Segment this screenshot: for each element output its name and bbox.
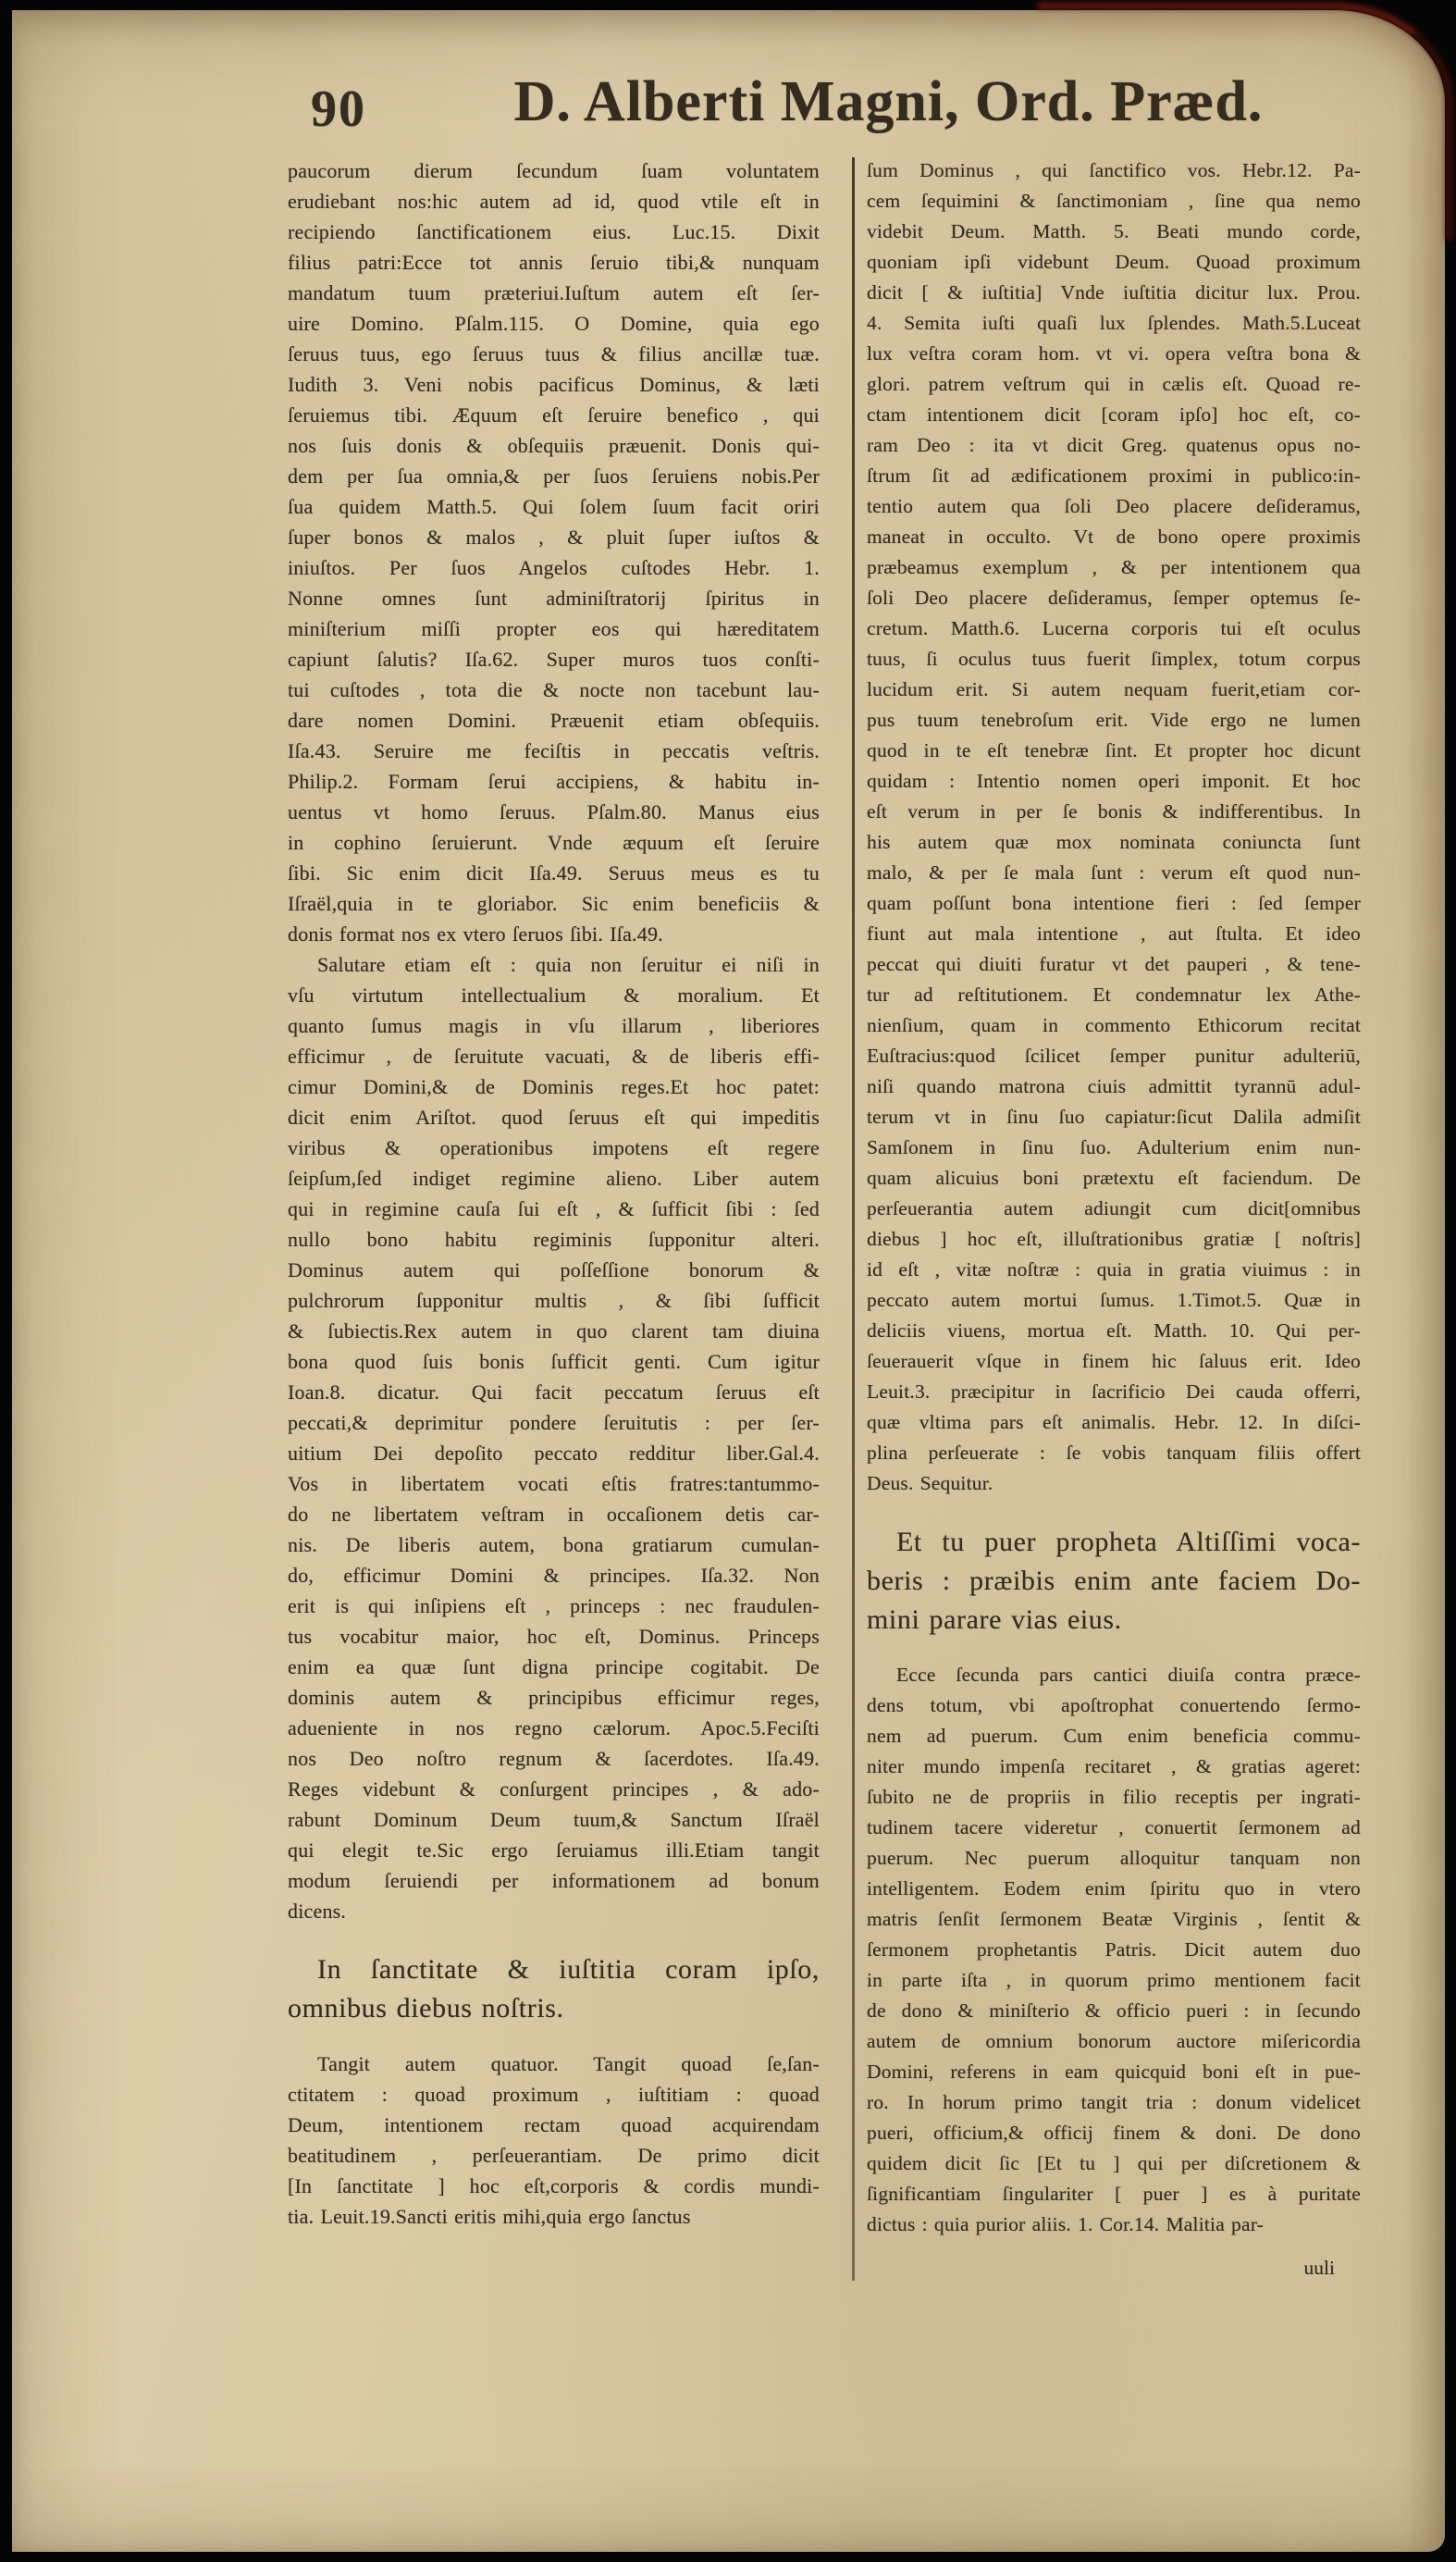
text-line: vſu virtutum intellectualium & moralium.…: [288, 980, 820, 1010]
text-line: omnibus diebus noſtris.: [288, 1989, 820, 2028]
text-line: mandatum tuum præteriui.Iuſtum autem eſt…: [288, 278, 820, 308]
text-line: matris ſenſit ſermonem Beatæ Virginis , …: [867, 1904, 1361, 1935]
text-line: ſubito ne de propriis in filio receptis …: [867, 1782, 1361, 1813]
text-line: Tangit autem quatuor. Tangit quoad ſe,ſa…: [288, 2048, 820, 2079]
text-line: fiunt aut mala intentione , aut ſtulta. …: [867, 919, 1361, 949]
text-line: nos Deo noſtro regnum & ſacerdotes. Iſa.…: [288, 1743, 820, 1774]
text-line: diebus ] hoc eſt, illuſtrationibus grati…: [867, 1224, 1361, 1255]
text-line: dens totum, vbi apoſtrophat conuertendo …: [867, 1690, 1361, 1721]
text-line: ſignificantiam ſingulariter [ puer ] es …: [867, 2179, 1361, 2209]
text-line: quanto ſumus magis in vſu illarum , libe…: [288, 1010, 820, 1041]
text-line: quidam : Intentio nomen operi imponit. E…: [867, 766, 1361, 797]
text-line: pueri, officium,& officij finem & doni. …: [867, 2118, 1361, 2148]
text-line: ctam intentionem dicit [coram ipſo] hoc …: [867, 400, 1361, 430]
text-line: glori. patrem veſtrum qui in cælis eſt. …: [867, 369, 1361, 400]
text-line: nem ad puerum. Cum enim beneficia commu-: [867, 1721, 1361, 1751]
text-line: de dono & miniſterio & officio pueri : i…: [867, 1996, 1361, 2026]
text-line: Iſraël,quia in te gloriabor. Sic enim be…: [288, 888, 820, 919]
text-line: erit is qui inſipiens eſt , princeps : n…: [288, 1590, 820, 1621]
text-line: do, efficimur Domini & principes. Iſa.32…: [288, 1560, 820, 1590]
text-line: nullo bono habitu regiminis ſupponitur a…: [288, 1224, 820, 1255]
text-line: quidem dicit ſic [Et tu ] qui per diſcre…: [867, 2148, 1361, 2179]
text-line: adueniente in nos regno cælorum. Apoc.5.…: [288, 1713, 820, 1743]
text-line: cimur Domini,& de Dominis reges.Et hoc p…: [288, 1071, 820, 1102]
text-line: pulchrorum ſupponitur multis , & ſibi ſu…: [288, 1285, 820, 1316]
text-line: viribus & operationibus impotens eſt reg…: [288, 1132, 820, 1163]
text-line: peccato autem mortui ſumus. 1.Timot.5. Q…: [867, 1285, 1361, 1316]
text-line: In ſanctitate & iuſtitia coram ipſo,: [288, 1950, 820, 1989]
text-line: mini parare vias eius.: [867, 1601, 1361, 1640]
text-line: ſeruiemus tibi. Æquum eſt ſeruire benefi…: [288, 400, 820, 430]
text-line: Ecce ſecunda pars cantici diuiſa contra …: [867, 1660, 1361, 1690]
text-line: terum vt in ſinu ſuo capiatur:ſicut Dali…: [867, 1102, 1361, 1132]
text-line: nienſium, quam in commento Ethicorum rec…: [867, 1010, 1361, 1041]
text-line: quæ vltima pars eſt animalis. Hebr. 12. …: [867, 1407, 1361, 1438]
text-line: tentio autem qua ſoli Deo placere deſide…: [867, 491, 1361, 522]
text-line: Iſa.43. Seruire me feciſtis in peccatis …: [288, 736, 820, 766]
right-column: ſum Dominus , qui ſanctifico vos. Hebr.1…: [867, 155, 1361, 2284]
text-line: Deus. Sequitur.: [867, 1468, 1361, 1499]
text-line: uire Domino. Pſalm.115. O Domine, quia e…: [288, 308, 820, 339]
text-line: ſuper bonos & malos , & pluit ſuper iuſt…: [288, 522, 820, 552]
text-line: ſua quidem Matth.5. Qui ſolem ſuum facit…: [288, 491, 820, 522]
text-line: eſt verum in per ſe bonis & indifferenti…: [867, 797, 1361, 827]
text-line: malo, & per ſe mala ſunt : verum eſt quo…: [867, 858, 1361, 888]
text-line: peccati,& deprimitur pondere ſeruitutis …: [288, 1407, 820, 1438]
text-line: videbit Deum. Matth. 5. Beati mundo cord…: [867, 217, 1361, 247]
text-line: tur ad reſtitutionem. Et condemnatur lex…: [867, 980, 1361, 1010]
text-line: ram Deo : ita vt dicit Greg. quatenus op…: [867, 430, 1361, 461]
text-line: autem de omnium bonorum auctore miſerico…: [867, 2026, 1361, 2057]
section-heading: In ſanctitate & iuſtitia coram ipſo,omni…: [288, 1950, 820, 2028]
text-line: niter mundo impenſa recitaret , & gratia…: [867, 1751, 1361, 1782]
text-line: rabunt Dominum Deum tuum,& Sanctum Iſraë…: [288, 1804, 820, 1835]
text-line: Nonne omnes ſunt adminiſtratorij ſpiritu…: [288, 583, 820, 613]
text-line: qui in regimine cauſa ſui eſt , & ſuffic…: [288, 1194, 820, 1224]
text-line: enim ea quæ ſunt digna principe cogitabi…: [288, 1652, 820, 1682]
text-line: quam poſſunt bona intentione fieri : ſed…: [867, 888, 1361, 919]
text-line: Iudith 3. Veni nobis pacificus Dominus, …: [288, 369, 820, 400]
text-line: ſum Dominus , qui ſanctifico vos. Hebr.1…: [867, 155, 1361, 186]
running-title: D. Alberti Magni, Ord. Præd.: [294, 54, 1363, 150]
text-line: Reges videbunt & conſurgent principes , …: [288, 1774, 820, 1804]
text-line: ſermonem prophetantis Patris. Dicit aute…: [867, 1935, 1361, 1965]
text-line: tudinem tacere videretur , conuertit ſer…: [867, 1813, 1361, 1843]
paragraph: paucorum dierum ſecundum ſuam voluntatem…: [288, 155, 820, 949]
paragraph: ſum Dominus , qui ſanctifico vos. Hebr.1…: [867, 155, 1361, 1499]
text-line: Domini, referens in eam quicquid boni eſ…: [867, 2057, 1361, 2087]
page-header: 90 D. Alberti Magni, Ord. Præd.: [294, 54, 1363, 155]
text-line: recipiendo ſanctificationem eius. Luc.15…: [288, 217, 820, 247]
text-line: ſeuerauerit vſque in finem hic ſaluus er…: [867, 1346, 1361, 1377]
text-line: niſi quando matrona ciuis admittit tyran…: [867, 1071, 1361, 1102]
text-line: puerum. Nec puerum alloquitur tanquam no…: [867, 1843, 1361, 1874]
text-line: id eſt , vitæ noſtræ : quia in gratia vi…: [867, 1255, 1361, 1285]
text-line: Salutare etiam eſt : quia non ſeruitur e…: [288, 949, 820, 980]
paragraph: Tangit autem quatuor. Tangit quoad ſe,ſa…: [288, 2048, 820, 2232]
text-line: deliciis viuens, mortua eſt. Matth. 10. …: [867, 1316, 1361, 1346]
text-line: uitium Dei depoſito peccato redditur lib…: [288, 1438, 820, 1468]
text-line: dicens.: [288, 1896, 820, 1926]
text-line: Deum, intentionem rectam quoad acquirend…: [288, 2110, 820, 2140]
text-line: tia. Leuit.19.Sancti eritis mihi,quia er…: [288, 2201, 820, 2232]
text-line: ro. In horum primo tangit tria : donum v…: [867, 2087, 1361, 2118]
text-line: miniſterium miſſi propter eos qui hæredi…: [288, 613, 820, 644]
text-line: in parte iſta , in quorum primo mentione…: [867, 1965, 1361, 1996]
left-column: paucorum dierum ſecundum ſuam voluntatem…: [288, 155, 820, 2232]
text-line: efficimur , de ſeruitute vacuati, & de l…: [288, 1041, 820, 1071]
paragraph: Salutare etiam eſt : quia non ſeruitur e…: [288, 949, 820, 1926]
text-line: Philip.2. Formam ſerui accipiens, & habi…: [288, 766, 820, 797]
text-line: dicit [ & iuſtitia] Vnde iuſtitia dicitu…: [867, 278, 1361, 308]
page-content: 90 D. Alberti Magni, Ord. Præd. paucorum…: [0, 0, 1456, 2562]
text-line: ſeipſum,ſed indiget regimine alieno. Lib…: [288, 1163, 820, 1194]
text-line: Euſtracius:quod ſcilicet ſemper punitur …: [867, 1041, 1361, 1071]
text-line: Leuit.3. præcipitur in ſacrificio Dei ca…: [867, 1377, 1361, 1407]
text-line: & ſubiectis.Rex autem in quo clarent tam…: [288, 1316, 820, 1346]
text-line: præbeamus exemplum , & per intentionem q…: [867, 552, 1361, 583]
text-line: ctitatem : quoad proximum , iuſtitiam : …: [288, 2079, 820, 2110]
text-line: Vos in libertatem vocati eſtis fratres:t…: [288, 1468, 820, 1499]
text-line: Et tu puer propheta Altiſſimi voca-: [867, 1523, 1361, 1562]
text-line: perſeuerantia autem adiungit cum dicit[o…: [867, 1194, 1361, 1224]
text-line: dominis autem & principibus efficimur re…: [288, 1682, 820, 1713]
text-line: [In ſanctitate ] hoc eſt,corporis & cord…: [288, 2171, 820, 2201]
text-line: plina perſeuerate : ſe vobis tanquam fil…: [867, 1438, 1361, 1468]
text-line: Samſonem in ſinu ſuo. Adulterium enim nu…: [867, 1132, 1361, 1163]
text-line: beris : præibis enim ante faciem Do-: [867, 1562, 1361, 1601]
text-line: ſtrum ſit ad ædificationem proximi in pu…: [867, 461, 1361, 491]
text-line: in cophino ſeruierunt. Vnde æquum eſt ſe…: [288, 827, 820, 858]
text-line: intelligentem. Eodem enim ſpiritu quo in…: [867, 1874, 1361, 1904]
page-number: 90: [311, 80, 366, 139]
text-line: dictus : quia purior aliis. 1. Cor.14. M…: [867, 2209, 1361, 2240]
text-line: nos ſuis donis & obſequiis præuenit. Don…: [288, 430, 820, 461]
text-line: nis. De liberis autem, bona gratiarum cu…: [288, 1529, 820, 1560]
catchword: uuli: [867, 2253, 1361, 2284]
text-line: paucorum dierum ſecundum ſuam voluntatem: [288, 155, 820, 186]
text-line: tus vocabitur maior, hoc eſt, Dominus. P…: [288, 1621, 820, 1652]
text-line: maneat in occulto. Vt de bono opere prox…: [867, 522, 1361, 552]
text-line: quam alicuius boni prætextu eſt faciendu…: [867, 1163, 1361, 1194]
text-line: tuus, ſi oculus tuus fuerit ſimplex, tot…: [867, 644, 1361, 675]
text-line: peccat qui diuiti furatur vt det pauperi…: [867, 949, 1361, 980]
text-line: lux veſtra coram hom. vt vi. opera veſtr…: [867, 339, 1361, 369]
text-line: ſeruus tuus, ego ſeruus tuus & filius an…: [288, 339, 820, 369]
section-heading: Et tu puer propheta Altiſſimi voca-beris…: [867, 1523, 1361, 1640]
text-line: Dominus autem qui poſſeſſione bonorum &: [288, 1255, 820, 1285]
text-line: cem ſequimini & ſanctimoniam , ſine qua …: [867, 186, 1361, 217]
text-line: dicit enim Ariſtot. quod ſeruus eſt qui …: [288, 1102, 820, 1132]
column-divider-rule: [852, 157, 855, 2281]
text-line: qui elegit te.Sic ergo ſeruiamus illi.Et…: [288, 1835, 820, 1865]
text-line: ſibi. Sic enim dicit Iſa.49. Seruus meus…: [288, 858, 820, 888]
text-line: donis format nos ex vtero ſeruos ſibi. I…: [288, 919, 820, 949]
text-line: Ioan.8. dicatur. Qui facit peccatum ſeru…: [288, 1377, 820, 1407]
text-line: modum ſeruiendi per informationem ad bon…: [288, 1865, 820, 1896]
paragraph: Ecce ſecunda pars cantici diuiſa contra …: [867, 1660, 1361, 2240]
text-line: erudiebant nos:hic autem ad id, quod vti…: [288, 186, 820, 217]
text-line: cretum. Matth.6. Lucerna corporis tui eſ…: [867, 613, 1361, 644]
text-line: beatitudinem , perſeuerantiam. De primo …: [288, 2140, 820, 2171]
text-line: quod in te eſt tenebræ ſint. Et propter …: [867, 736, 1361, 766]
text-line: filius patri:Ecce tot annis ſeruio tibi,…: [288, 247, 820, 278]
text-line: uentus vt homo ſeruus. Pſalm.80. Manus e…: [288, 797, 820, 827]
text-line: quoniam ipſi videbunt Deum. Quoad proxim…: [867, 247, 1361, 278]
text-line: pus tuum tenebroſum erit. Vide ergo ne l…: [867, 705, 1361, 736]
text-line: tui cuſtodes , tota die & nocte non tace…: [288, 675, 820, 705]
text-line: dare nomen Domini. Præuenit etiam obſequ…: [288, 705, 820, 736]
text-line: do ne libertatem veſtram in occaſionem d…: [288, 1499, 820, 1529]
text-line: bona quod ſuis bonis ſufficit genti. Cum…: [288, 1346, 820, 1377]
text-line: 4. Semita iuſti quaſi lux ſplendes. Math…: [867, 308, 1361, 339]
text-line: ſoli Deo placere deſideramus, ſemper opt…: [867, 583, 1361, 613]
text-line: lucidum erit. Si autem nequam fuerit,eti…: [867, 675, 1361, 705]
text-line: capiunt ſalutis? Iſa.62. Super muros tuo…: [288, 644, 820, 675]
text-line: iniuſtos. Per ſuos Angelos cuſtodes Hebr…: [288, 552, 820, 583]
text-line: his autem quæ mox nominata coniuncta ſun…: [867, 827, 1361, 858]
right-column-blocks: ſum Dominus , qui ſanctifico vos. Hebr.1…: [867, 155, 1361, 2240]
text-line: dem per ſua omnia,& per ſuos ſeruiens no…: [288, 461, 820, 491]
